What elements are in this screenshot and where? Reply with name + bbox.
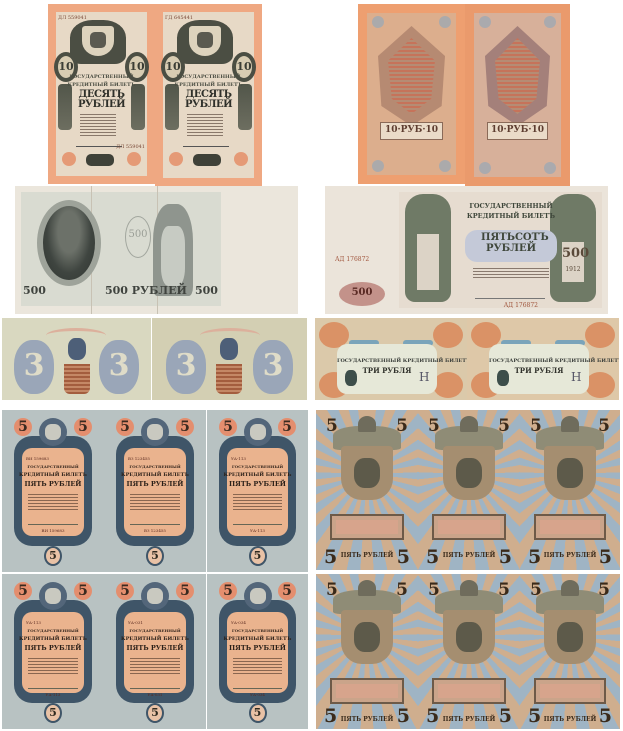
eagle-emblem-icon <box>147 588 163 604</box>
corner-numeral: 500 <box>195 284 218 297</box>
banknote-5-ruble-front-1: 5 5 ВИ 159683 ГОСУДАРСТВЕННЫЙ КРЕДИТНЫЙ … <box>2 410 104 572</box>
serial-number: УА-034 <box>231 620 246 625</box>
note-header: ГОСУДАРСТВЕННЫЙ КРЕДИТНЫЙ БИЛЕТЪ <box>489 358 589 364</box>
note-subheader: КРЕДИТНЫЙ БИЛЕТЪ <box>207 636 308 642</box>
numeral: 3 <box>14 348 54 383</box>
eagle-emblem-icon <box>250 424 266 440</box>
eagle-emblem-icon <box>45 588 61 604</box>
serial-number: УА-034 <box>207 692 308 697</box>
eagle-emblem-icon <box>147 424 163 440</box>
banknote-3-ruble-front-1: ГОСУДАРСТВЕННЫЙ КРЕДИТНЫЙ БИЛЕТЪ ТРИ РУБ… <box>315 318 467 400</box>
eagle-emblem-icon <box>345 370 357 386</box>
banknote-5-ruble-front-6: 5 5 УА-034 ГОСУДАРСТВЕННЫЙ КРЕДИТНЫЙ БИЛ… <box>207 574 308 729</box>
bottom-numeral: 5 <box>499 546 512 568</box>
note-denomination-text: ДЕСЯТЬ РУБЛЕЙ <box>185 90 232 110</box>
note-header: ГОСУДАРСТВЕННЫЙ <box>104 628 206 633</box>
denomination-label: 500 РУБЛЕЙ <box>105 284 187 297</box>
serial-number: ДЛ 559041 <box>116 144 145 150</box>
banknote-10-ruble-front-2: 10 10 ГОСУДАРСТВЕННЫЙ КРЕДИТНЫЙ БИЛЕТЪ Д… <box>155 4 262 186</box>
note-header: ГОСУДАРСТВЕННЫЙ <box>155 74 262 80</box>
serial-number: УА-113 <box>207 528 308 533</box>
banknote-500-ruble-1912: АД 176872 500 5001912 ГОСУДАРСТВЕННЫЙ КР… <box>325 186 608 314</box>
medallion-numeral: 10 <box>236 60 252 73</box>
serial-number: УА-113 <box>26 620 41 625</box>
banknote-3-ruble-front-2: ГОСУДАРСТВЕННЫЙ КРЕДИТНЫЙ БИЛЕТЪ ТРИ РУБ… <box>467 318 619 400</box>
note-denomination-text: ДЕСЯТЬ РУБЛЕЙ <box>78 90 125 110</box>
bottom-numeral: 5 <box>46 549 60 562</box>
banknote-3-ruble-back-2: 3 3 <box>152 318 307 400</box>
corner-numeral: 5 <box>74 418 92 436</box>
serial-number: АД 176872 <box>504 302 538 309</box>
signature <box>475 284 545 299</box>
banknote-500-ruble-peter-the-great: 500 500 500 РУБЛЕЙ 500 <box>15 186 298 314</box>
signature <box>130 678 180 689</box>
crown-icon <box>358 580 376 596</box>
banknote-10-ruble-back-2: 10·РУБ·10 <box>465 4 570 186</box>
crown-icon <box>561 580 579 596</box>
eagle-emblem-icon <box>456 458 482 488</box>
note-header: ГОСУДАРСТВЕННЫЙ <box>48 74 155 80</box>
bottom-numeral: 5 <box>324 705 337 727</box>
note-subheader: КРЕДИТНЫЙ БИЛЕТЪ <box>461 212 561 220</box>
bottom-numeral: 5 <box>397 705 410 727</box>
bottom-numeral: 5 <box>426 705 439 727</box>
eagle-emblem-icon <box>90 32 106 48</box>
banknote-5-ruble-back-5: 5 5 ПЯТЬ РУБЛЕЙ 5 5 <box>418 574 520 729</box>
bottom-numeral: 5 <box>426 546 439 568</box>
signature <box>233 678 282 689</box>
eagle-emblem-icon <box>45 424 61 440</box>
signature <box>28 678 78 689</box>
bottom-numeral: 5 <box>251 706 265 719</box>
pillar-numeral: 500 <box>562 246 584 261</box>
bottom-numeral: 5 <box>46 706 60 719</box>
bottom-numeral: 5 <box>528 546 541 568</box>
stub-numeral: 500 <box>339 287 385 298</box>
eagle-emblem-icon <box>557 622 583 652</box>
note-denomination-text: ПЯТЬ РУБЛЕЙ <box>2 644 104 652</box>
serial-number: ВЗ 123455 <box>128 456 150 461</box>
serial-number: ДЛ 559041 <box>58 15 87 21</box>
signature <box>28 514 78 525</box>
numeral: 3 <box>99 348 139 383</box>
eagle-emblem-icon <box>354 458 380 488</box>
serial-number: АД 176872 <box>335 256 369 263</box>
corner-numeral: 5 <box>219 582 237 600</box>
signature <box>183 138 229 147</box>
note-header: ГОСУДАРСТВЕННЫЙ КРЕДИТНЫЙ БИЛЕТЪ <box>337 358 437 364</box>
corner-numeral: 5 <box>116 582 134 600</box>
corner-numeral: 5 <box>278 418 296 436</box>
banknote-5-ruble-back-2: 5 5 ПЯТЬ РУБЛЕЙ 5 5 <box>418 410 520 570</box>
eagle-emblem-icon <box>354 622 380 652</box>
eagle-emblem-icon <box>250 588 266 604</box>
corner-numeral: 5 <box>14 582 32 600</box>
signature <box>130 514 180 525</box>
banknote-5-ruble-back-6: 5 5 ПЯТЬ РУБЛЕЙ 5 5 <box>520 574 620 729</box>
bottom-numeral: 5 <box>251 549 265 562</box>
note-subheader: КРЕДИТНЫЙ БИЛЕТЪ <box>2 636 104 642</box>
bottom-numeral: 5 <box>324 546 337 568</box>
note-header: ГОСУДАРСТВЕННЫЙ <box>2 464 104 469</box>
eagle-emblem-icon <box>220 338 238 360</box>
back-denomination-label: 10·РУБ·10 <box>381 125 442 135</box>
serial-number: УА-113 <box>231 456 246 461</box>
note-subheader: КРЕДИТНЫЙ БИЛЕТЪ <box>2 472 104 478</box>
watermark-letter: Н <box>419 370 429 384</box>
crown-icon <box>460 580 478 596</box>
banknote-5-ruble-front-3: 5 5 УА-113 ГОСУДАРСТВЕННЫЙ КРЕДИТНЫЙ БИЛ… <box>207 410 308 572</box>
allegorical-figure <box>161 226 185 286</box>
crown-icon <box>561 416 579 432</box>
note-denomination-text: ПЯТЬ РУБЛЕЙ <box>104 480 206 488</box>
corner-numeral: 5 <box>176 418 194 436</box>
note-denomination-text: ПЯТЬ РУБЛЕЙ <box>2 480 104 488</box>
banknote-5-ruble-front-5: 5 5 УА-031 ГОСУДАРСТВЕННЫЙ КРЕДИТНЫЙ БИЛ… <box>104 574 206 729</box>
note-subheader: КРЕДИТНЫЙ БИЛЕТЪ <box>207 472 308 478</box>
corner-numeral: 5 <box>176 582 194 600</box>
banknote-5-ruble-back-4: 5 5 ПЯТЬ РУБЛЕЙ 5 5 <box>316 574 418 729</box>
medallion-numeral: 10 <box>129 60 145 73</box>
banknote-5-ruble-back-3: 5 5 ПЯТЬ РУБЛЕЙ 5 5 <box>520 410 620 570</box>
note-denomination-text: ПЯТЬ РУБЛЕЙ <box>104 644 206 652</box>
serial-number: ВИ 159683 <box>2 528 104 533</box>
serial-number: УА-031 <box>104 692 206 697</box>
serial-number: УА-031 <box>128 620 143 625</box>
note-header: ГОСУДАРСТВЕННЫЙ <box>2 628 104 633</box>
back-denomination-label: 10·РУБ·10 <box>488 125 547 135</box>
banknote-3-ruble-back-1: 3 3 <box>2 318 151 400</box>
year: 1912 <box>562 266 584 273</box>
note-denomination-text: ПЯТЬСОТЪ РУБЛЕЙ <box>481 232 541 254</box>
corner-numeral: 5 <box>219 418 237 436</box>
banknote-5-ruble-back-1: 5 5 ПЯТЬ РУБЛЕЙ 5 5 <box>316 410 418 570</box>
banknote-10-ruble-back-1: 10·РУБ·10 <box>358 4 465 184</box>
watermark-letter: Н <box>571 370 581 384</box>
note-header: ГОСУДАРСТВЕННЫЙ <box>461 202 561 210</box>
corner-numeral: 5 <box>74 582 92 600</box>
bottom-numeral: 5 <box>599 705 612 727</box>
serial-number: ГД 645441 <box>165 15 193 21</box>
crown-icon <box>358 416 376 432</box>
bottom-numeral: 5 <box>528 705 541 727</box>
bottom-numeral: 5 <box>397 546 410 568</box>
banknote-10-ruble-front-1: 10 10 ГОСУДАРСТВЕННЫЙ КРЕДИТНЫЙ БИЛЕТЪ Д… <box>48 4 155 184</box>
bottom-numeral: 5 <box>148 549 162 562</box>
note-subheader: КРЕДИТНЫЙ БИЛЕТЪ <box>104 636 206 642</box>
banknote-5-ruble-front-4: 5 5 УА-113 ГОСУДАРСТВЕННЫЙ КРЕДИТНЫЙ БИЛ… <box>2 574 104 729</box>
note-subheader: КРЕДИТНЫЙ БИЛЕТЪ <box>104 472 206 478</box>
eagle-emblem-icon <box>557 458 583 488</box>
note-subheader: КРЕДИТНЫЙ БИЛЕТЪ <box>48 82 155 88</box>
note-header: ГОСУДАРСТВЕННЫЙ <box>207 464 308 469</box>
bottom-numeral: 5 <box>148 706 162 719</box>
corner-numeral: 5 <box>14 418 32 436</box>
eagle-emblem-icon <box>497 370 509 386</box>
peter-the-great-portrait <box>43 206 95 280</box>
eagle-emblem-icon <box>456 622 482 652</box>
note-header: ГОСУДАРСТВЕННЫЙ <box>207 628 308 633</box>
note-denomination-text: ПЯТЬ РУБЛЕЙ <box>207 644 308 652</box>
eagle-emblem-icon <box>197 32 213 48</box>
note-subheader: КРЕДИТНЫЙ БИЛЕТЪ <box>155 82 262 88</box>
numeral: 3 <box>166 348 206 383</box>
eagle-emblem-icon <box>68 338 86 360</box>
crown-icon <box>460 416 478 432</box>
signature <box>233 514 282 525</box>
corner-numeral: 5 <box>278 582 296 600</box>
medallion-numeral: 10 <box>165 60 181 73</box>
corner-numeral: 5 <box>116 418 134 436</box>
serial-number: ВИ 159683 <box>26 456 49 461</box>
bottom-numeral: 5 <box>599 546 612 568</box>
corner-numeral: 500 <box>23 284 46 297</box>
watermark-numeral: 500 <box>126 229 150 240</box>
bottom-numeral: 5 <box>499 705 512 727</box>
serial-number: УА-113 <box>2 692 104 697</box>
note-header: ГОСУДАРСТВЕННЫЙ <box>104 464 206 469</box>
serial-number: ВЗ 123455 <box>104 528 206 533</box>
medallion-numeral: 10 <box>58 60 74 73</box>
note-denomination-text: ПЯТЬ РУБЛЕЙ <box>207 480 308 488</box>
numeral: 3 <box>253 348 293 383</box>
banknote-5-ruble-front-2: 5 5 ВЗ 123455 ГОСУДАРСТВЕННЫЙ КРЕДИТНЫЙ … <box>104 410 206 572</box>
